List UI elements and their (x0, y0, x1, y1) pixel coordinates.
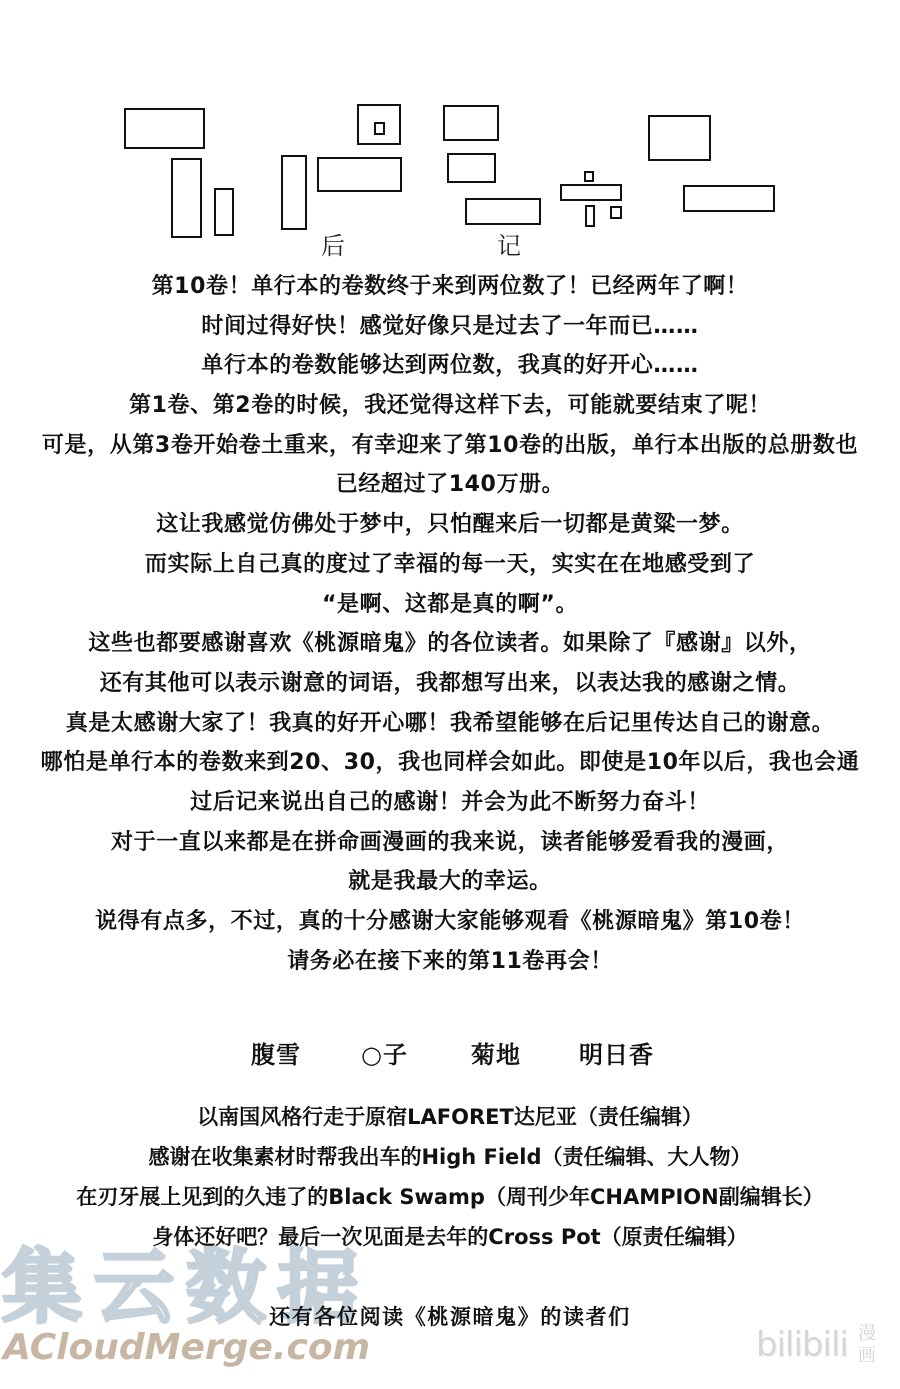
title-deco-block (585, 205, 595, 227)
title-char-hou: 后 (321, 232, 345, 260)
title-deco-block (610, 206, 622, 219)
body-line: 第1卷、第2卷的时候，我还觉得这样下去，可能就要结束了呢！ (0, 386, 900, 426)
title-char-ji: 记 (497, 232, 521, 260)
title-deco-block (465, 198, 541, 225)
acknowledgement-line: 在刃牙展上见到的久违了的Black Swamp（周刊少年CHAMPION副编辑长… (0, 1177, 900, 1217)
afterword-body: 第10卷！单行本的卷数终于来到两位数了！已经两年了啊！ 时间过得好快！感觉好像只… (0, 267, 900, 981)
body-line: 还有其他可以表示谢意的词语，我都想写出来，以表达我的感谢之情。 (0, 664, 900, 704)
staff-name: ○子 (361, 1038, 408, 1072)
body-line: 这些也都要感谢喜欢《桃源暗鬼》的各位读者。如果除了『感谢』以外， (0, 624, 900, 664)
logo-label-bottom: 画 (858, 1346, 876, 1366)
title-deco-block (584, 171, 594, 182)
title-deco-block (317, 157, 402, 192)
staff-name: 明日香 (579, 1038, 654, 1072)
title-deco-block (374, 122, 385, 135)
closing-line: 还有各位阅读《桃源暗鬼》的读者们 (0, 1300, 900, 1334)
title-deco-block (281, 155, 307, 230)
staff-name: 菊地 (471, 1038, 521, 1072)
body-line: 真是太感谢大家了！我真的好开心哪！我希望能够在后记里传达自己的谢意。 (0, 704, 900, 744)
body-line: “是啊、这都是真的啊”。 (0, 585, 900, 625)
afterword-page: 后 记 第10卷！单行本的卷数终于来到两位数了！已经两年了啊！ 时间过得好快！感… (0, 0, 900, 1389)
acknowledgement-line: 感谢在收集素材时帮我出车的High Field（责任编辑、大人物） (0, 1137, 900, 1177)
title-deco-block (560, 184, 622, 201)
staff-name: 腹雪 (251, 1038, 301, 1072)
acknowledgements: 以南国风格行走于原宿LAFORET达尼亚（责任编辑） 感谢在收集素材时帮我出车的… (0, 1097, 900, 1257)
title-deco-block (124, 108, 205, 149)
body-line: 说得有点多，不过，真的十分感谢大家能够观看《桃源暗鬼》第10卷！ (0, 902, 900, 942)
body-line: 对于一直以来都是在拼命画漫画的我来说，读者能够爱看我的漫画， (0, 823, 900, 863)
body-line: 这让我感觉仿佛处于梦中，只怕醒来后一切都是黄粱一梦。 (0, 505, 900, 545)
acknowledgement-line: 身体还好吧？最后一次见面是去年的Cross Pot（原责任编辑） (0, 1217, 900, 1257)
body-line: 请务必在接下来的第11卷再会！ (0, 942, 900, 982)
body-line: 可是，从第3卷开始卷土重来，有幸迎来了第10卷的出版，单行本出版的总册数也 (0, 426, 900, 466)
body-line: 时间过得好快！感觉好像只是过去了一年而已…… (0, 307, 900, 347)
body-line: 第10卷！单行本的卷数终于来到两位数了！已经两年了啊！ (0, 267, 900, 307)
title-deco-block (683, 185, 775, 212)
title-deco-block (171, 158, 202, 238)
body-line: 就是我最大的幸运。 (0, 862, 900, 902)
body-line: 过后记来说出自己的感谢！并会为此不断努力奋斗！ (0, 783, 900, 823)
title-deco-block (648, 115, 711, 161)
body-line: 哪怕是单行本的卷数来到20、30，我也同样会如此。即使是10年以后，我也会通 (0, 743, 900, 783)
title-deco-block (214, 188, 234, 236)
body-line: 而实际上自己真的度过了幸福的每一天，实实在在地感受到了 (0, 545, 900, 585)
title-decoration: 后 记 (0, 0, 900, 270)
body-line: 已经超过了140万册。 (0, 465, 900, 505)
title-deco-block (443, 105, 499, 141)
staff-names: 腹雪 ○子 菊地 明日香 (0, 1038, 900, 1072)
title-deco-block (447, 153, 496, 183)
body-line: 单行本的卷数能够达到两位数，我真的好开心…… (0, 346, 900, 386)
acknowledgement-line: 以南国风格行走于原宿LAFORET达尼亚（责任编辑） (0, 1097, 900, 1137)
